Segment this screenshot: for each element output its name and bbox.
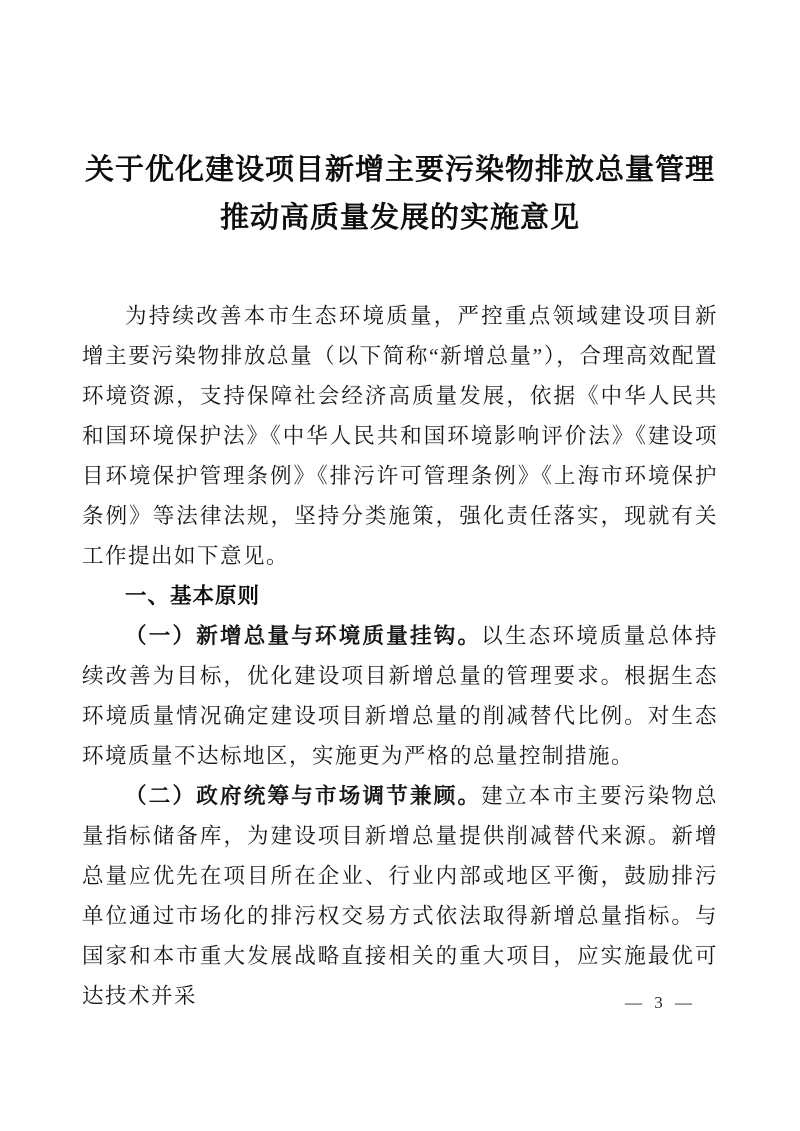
item-paragraph-2: （二）政府统筹与市场调节兼顾。建立本市主要污染物总量指标储备库，为建设项目新增总… <box>82 776 718 1016</box>
item-2-lead: （二）政府统筹与市场调节兼顾。 <box>125 784 481 808</box>
title-line-2: 推动高质量发展的实施意见 <box>0 194 800 242</box>
document-body: 为持续改善本市生态环境质量，严控重点领域建设项目新增主要污染物排放总量（以下简称… <box>82 296 718 1016</box>
item-1-lead: （一）新增总量与环境质量挂钩。 <box>125 624 481 648</box>
document-page: 关于优化建设项目新增主要污染物排放总量管理 推动高质量发展的实施意见 为持续改善… <box>0 0 800 1131</box>
item-paragraph-1: （一）新增总量与环境质量挂钩。以生态环境质量总体持续改善为目标，优化建设项目新增… <box>82 616 718 776</box>
page-number: — 3 — <box>625 993 696 1013</box>
section-heading-basic-principles: 一、基本原则 <box>82 576 718 616</box>
item-2-body: 建立本市主要污染物总量指标储备库，为建设项目新增总量提供削减替代来源。新增总量应… <box>82 784 718 1008</box>
document-title: 关于优化建设项目新增主要污染物排放总量管理 推动高质量发展的实施意见 <box>0 0 800 242</box>
title-line-1: 关于优化建设项目新增主要污染物排放总量管理 <box>0 146 800 194</box>
intro-paragraph: 为持续改善本市生态环境质量，严控重点领域建设项目新增主要污染物排放总量（以下简称… <box>82 296 718 576</box>
